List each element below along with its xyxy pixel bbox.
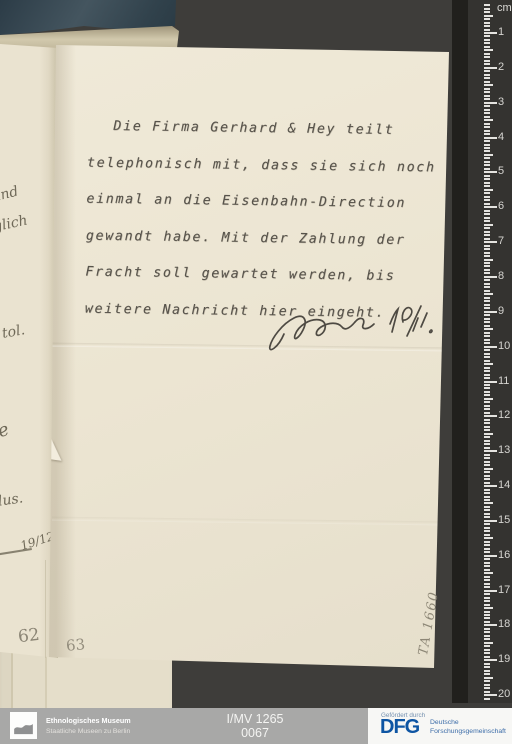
ruler-tick [484, 116, 490, 118]
ruler-number: 6 [498, 200, 504, 212]
ruler-tick [484, 471, 490, 473]
ruler-number: 20 [498, 688, 510, 700]
ruler-tick [484, 245, 490, 247]
ruler-tick [484, 565, 490, 567]
ruler-number: 7 [498, 235, 504, 247]
ruler-tick [484, 15, 493, 17]
ruler-tick [484, 509, 490, 511]
ruler-tick [484, 314, 490, 316]
ruler-tick [484, 607, 493, 609]
ruler-tick [484, 164, 490, 166]
ruler-tick [484, 150, 490, 152]
ruler-tick [484, 67, 497, 69]
document-id-line2: 0067 [190, 726, 320, 740]
document-id-line1: I/MV 1265 [190, 712, 320, 726]
ruler-tick [484, 182, 490, 184]
ruler-tick [484, 360, 490, 362]
ruler-tick [484, 137, 497, 139]
ruler-tick [484, 29, 490, 31]
ruler-tick [484, 684, 490, 686]
ruler-tick [484, 401, 490, 403]
signature-handwriting [262, 300, 440, 360]
ruler-tick [484, 562, 490, 564]
ruler-tick [484, 255, 490, 257]
ruler-tick [484, 248, 490, 250]
ruler-number: 17 [498, 584, 510, 596]
ruler-tick [484, 346, 497, 348]
ruler-tick [484, 224, 493, 226]
ruler-tick [484, 77, 490, 79]
ruler-tick [484, 342, 490, 344]
ruler-number: 9 [498, 305, 504, 317]
ruler-number: 18 [498, 618, 510, 630]
ruler-tick [484, 189, 493, 191]
ruler-tick [484, 349, 490, 351]
ruler-number: 15 [498, 514, 510, 526]
ruler-tick [484, 583, 490, 585]
ruler-tick [484, 530, 490, 532]
museum-text: Ethnologisches Museum Staatliche Museen … [46, 716, 131, 737]
ruler-tick [484, 307, 490, 309]
ruler-tick [484, 269, 490, 271]
ruler-tick [484, 18, 490, 20]
ruler-tick [484, 381, 497, 383]
ruler-tick [484, 175, 490, 177]
ruler-tick [484, 450, 497, 452]
ruler-tick [484, 259, 493, 261]
ruler-tick [484, 631, 490, 633]
ruler-tick [484, 22, 490, 24]
ruler-number: 2 [498, 61, 504, 73]
ruler-tick [484, 39, 490, 41]
museum-logo [10, 712, 37, 739]
ruler-tick [484, 422, 490, 424]
ruler-tick [484, 290, 490, 292]
ruler-tick [484, 680, 490, 682]
ruler-tick [484, 112, 490, 114]
ruler-tick [484, 252, 490, 254]
ruler-tick [484, 297, 490, 299]
ruler-tick [484, 49, 493, 51]
ruler-tick [484, 544, 490, 546]
ruler-tick [484, 478, 490, 480]
dfg-logo: DFG [380, 716, 419, 739]
ruler-tick [484, 105, 490, 107]
ruler-tick [484, 659, 497, 661]
ruler-tick [484, 102, 497, 104]
ruler-tick [484, 318, 490, 320]
ruler-tick [484, 673, 490, 675]
ruler-tick [484, 185, 490, 187]
ruler-tick [484, 363, 493, 365]
ruler-tick [484, 4, 490, 6]
ruler-tick [484, 691, 490, 693]
ruler-tick [484, 534, 490, 536]
ruler-tick [484, 645, 490, 647]
ruler-tick [484, 42, 490, 44]
ruler-tick [484, 328, 493, 330]
ruler-tick [484, 374, 490, 376]
ruler-number: 5 [498, 165, 504, 177]
ruler-tick [484, 443, 490, 445]
ruler-tick [484, 384, 490, 386]
ruler-tick [484, 133, 490, 135]
ruler-tick [484, 353, 490, 355]
ruler-tick [484, 88, 490, 90]
ruler-tick [484, 91, 490, 93]
ruler-tick [484, 130, 490, 132]
ruler-tick [484, 548, 490, 550]
ruler-tick [484, 377, 490, 379]
ruler-tick [484, 140, 490, 142]
ruler-tick [484, 415, 497, 417]
ruler-tick [484, 25, 490, 27]
ruler-tick [484, 98, 490, 100]
previous-page-edge [0, 30, 58, 660]
ruler-tick [484, 520, 497, 522]
ruler-tick [484, 419, 490, 421]
ruler-tick [484, 590, 497, 592]
pencil-page-number-right: 63 [65, 635, 86, 655]
ruler-tick [484, 157, 490, 159]
ruler-tick [484, 558, 490, 560]
ruler-tick [484, 321, 490, 323]
ruler-tick [484, 171, 497, 173]
ruler-number: 13 [498, 444, 510, 456]
ruler-tick [484, 279, 490, 281]
ruler-tick [484, 461, 490, 463]
ruler-tick [484, 436, 490, 438]
ruler-tick [484, 687, 490, 689]
ruler-tick [484, 220, 490, 222]
ruler-tick [484, 53, 490, 55]
ruler-tick [484, 391, 490, 393]
ruler-number: 4 [498, 131, 504, 143]
ruler-tick [484, 482, 490, 484]
museum-name: Ethnologisches Museum [46, 716, 131, 726]
ruler-tick [484, 412, 490, 414]
paper-crease [52, 517, 444, 526]
ruler-tick [484, 593, 490, 595]
ruler-tick [484, 617, 490, 619]
ruler-tick [484, 206, 497, 208]
ruler-tick [484, 60, 490, 62]
ruler-tick [484, 398, 493, 400]
ruler-tick [484, 516, 490, 518]
ruler-tick [484, 46, 490, 48]
typed-line: Die Firma Gerhard & Hey teilt [87, 119, 436, 160]
ruler-tick [484, 502, 493, 504]
ruler-tick [484, 154, 493, 156]
ruler-tick [484, 614, 490, 616]
ruler-tick [484, 405, 490, 407]
ruler-tick [484, 272, 490, 274]
ruler-tick [484, 199, 490, 201]
ruler-tick [484, 300, 490, 302]
ruler-tick [484, 440, 490, 442]
ruler-tick [484, 656, 490, 658]
ruler-tick [484, 213, 490, 215]
ruler-tick [484, 597, 490, 599]
ruler-tick [484, 119, 493, 121]
ruler-unit-label: cm [497, 2, 512, 14]
ruler-tick [484, 454, 490, 456]
ruler-tick [484, 496, 490, 498]
footer-bar: Ethnologisches Museum Staatliche Museen … [0, 708, 512, 744]
ruler-tick [484, 537, 493, 539]
ruler-tick [484, 489, 490, 491]
ruler-tick [484, 677, 493, 679]
ruler-tick [484, 485, 497, 487]
ruler-tick [484, 95, 490, 97]
ruler-tick [484, 293, 493, 295]
document-id: I/MV 1265 0067 [190, 712, 320, 740]
ruler-number: 1 [498, 26, 504, 38]
ruler-number: 11 [498, 375, 509, 387]
ruler-tick [484, 600, 490, 602]
ruler-tick [484, 468, 493, 470]
ruler-tick [484, 604, 490, 606]
ruler-tick [484, 576, 490, 578]
museum-subtitle: Staatliche Museen zu Berlin [46, 727, 131, 737]
ruler-number: 16 [498, 549, 510, 561]
ruler-tick [484, 276, 497, 278]
ruler-tick [484, 624, 497, 626]
ruler-number: 8 [498, 270, 504, 282]
ruler-tick [484, 147, 490, 149]
ruler-tick [484, 265, 490, 267]
ruler-tick [484, 32, 497, 34]
ruler-tick [484, 666, 490, 668]
ruler-tick [484, 555, 497, 557]
ruler-tick [484, 513, 490, 515]
ruler-tick [484, 426, 490, 428]
ruler-tick [484, 168, 490, 170]
ruler-tick [484, 332, 490, 334]
ruler-tick [484, 56, 490, 58]
ruler-tick [484, 370, 490, 372]
ruler-tick [484, 611, 490, 613]
ruler-tick [484, 447, 490, 449]
ruler-tick [484, 579, 490, 581]
ruler-tick [484, 227, 490, 229]
ruler-tick [484, 635, 490, 637]
typed-line: telephonisch mit, dass sie sich noch [87, 155, 436, 196]
ruler-tick [484, 663, 490, 665]
ruler-tick [484, 586, 490, 588]
ruler-tick [484, 429, 490, 431]
ruler-tick [484, 569, 490, 571]
ruler-tick [484, 649, 490, 651]
ruler-tick [484, 84, 493, 86]
ruler-tick [484, 217, 490, 219]
ruler-tick [484, 638, 490, 640]
ruler-tick [484, 35, 490, 37]
wave-icon [13, 718, 34, 735]
paper-fold-line [45, 560, 46, 658]
ruler-tick [484, 203, 490, 205]
ruler-tick [484, 541, 490, 543]
ruler-number: 12 [498, 409, 510, 421]
ruler-tick [484, 506, 490, 508]
ruler-number: 10 [498, 340, 510, 352]
ruler-tick [484, 11, 490, 13]
ruler-tick [484, 286, 490, 288]
ruler-tick [484, 387, 490, 389]
ruler-tick [484, 652, 490, 654]
ruler-tick [484, 123, 490, 125]
ruler-tick [484, 356, 490, 358]
ruler-tick [484, 231, 490, 233]
ruler-tick [484, 304, 490, 306]
ruler-tick [484, 74, 490, 76]
ruler-tick [484, 81, 490, 83]
ruler-tick [484, 325, 490, 327]
ruler-number: 14 [498, 479, 510, 491]
ruler-tick [484, 262, 490, 264]
ruler-tick [484, 628, 490, 630]
ruler-tick [484, 621, 490, 623]
funding-org: Deutsche Forschungsgemeinschaft [430, 719, 506, 736]
document-photo: ind glich tol. e lus. 19/12 Die Firma Ge… [0, 0, 512, 708]
ruler: cm 1234567891011121314151617181920 [452, 0, 512, 703]
ruler-tick [484, 109, 490, 111]
ruler-tick [484, 694, 497, 696]
ruler-tick [484, 475, 490, 477]
ruler-tick [484, 335, 490, 337]
ruler-tick [484, 63, 490, 65]
ruler-tick [484, 457, 490, 459]
funding-org-line2: Forschungsgemeinschaft [430, 728, 506, 737]
ruler-tick [484, 196, 490, 198]
ruler-tick [484, 492, 490, 494]
ruler-tick [484, 642, 493, 644]
typed-line: einmal an die Eisenbahn-Direction [86, 192, 435, 233]
funding-org-line1: Deutsche [430, 719, 506, 728]
ruler-tick [484, 670, 490, 672]
ruler-tick [484, 178, 490, 180]
ruler-tick [484, 464, 490, 466]
ruler-tick [484, 523, 490, 525]
pencil-page-number-left: 62 [17, 625, 41, 647]
ruler-number: 3 [498, 96, 504, 108]
scan-viewer: ind glich tol. e lus. 19/12 Die Firma Ge… [0, 0, 512, 744]
funding-section: Gefördert durch DFG Deutsche Forschungsg… [368, 708, 512, 744]
ruler-tick [484, 126, 490, 128]
ruler-tick [484, 192, 490, 194]
ruler-number: 19 [498, 653, 510, 665]
ruler-tick [484, 408, 490, 410]
ruler-tick [484, 527, 490, 529]
ruler-tick [484, 144, 490, 146]
ruler-tick [484, 8, 490, 10]
ruler-tick [484, 339, 490, 341]
ruler-tick [484, 210, 490, 212]
ruler-tick [484, 433, 493, 435]
ruler-tick [484, 394, 490, 396]
ruler-tick [484, 238, 490, 240]
ruler-tick [484, 367, 490, 369]
ruler-tick [484, 499, 490, 501]
ruler-tick [484, 311, 497, 313]
ruler-tick [484, 241, 497, 243]
typed-line: gewandt habe. Mit der Zahlung der [86, 228, 435, 269]
ruler-tick [484, 161, 490, 163]
ruler-tick [484, 572, 493, 574]
ruler-tick [484, 698, 490, 700]
ruler-tick [484, 283, 490, 285]
ruler-tick [484, 551, 490, 553]
ruler-tick [484, 70, 490, 72]
ruler-tick [484, 234, 490, 236]
